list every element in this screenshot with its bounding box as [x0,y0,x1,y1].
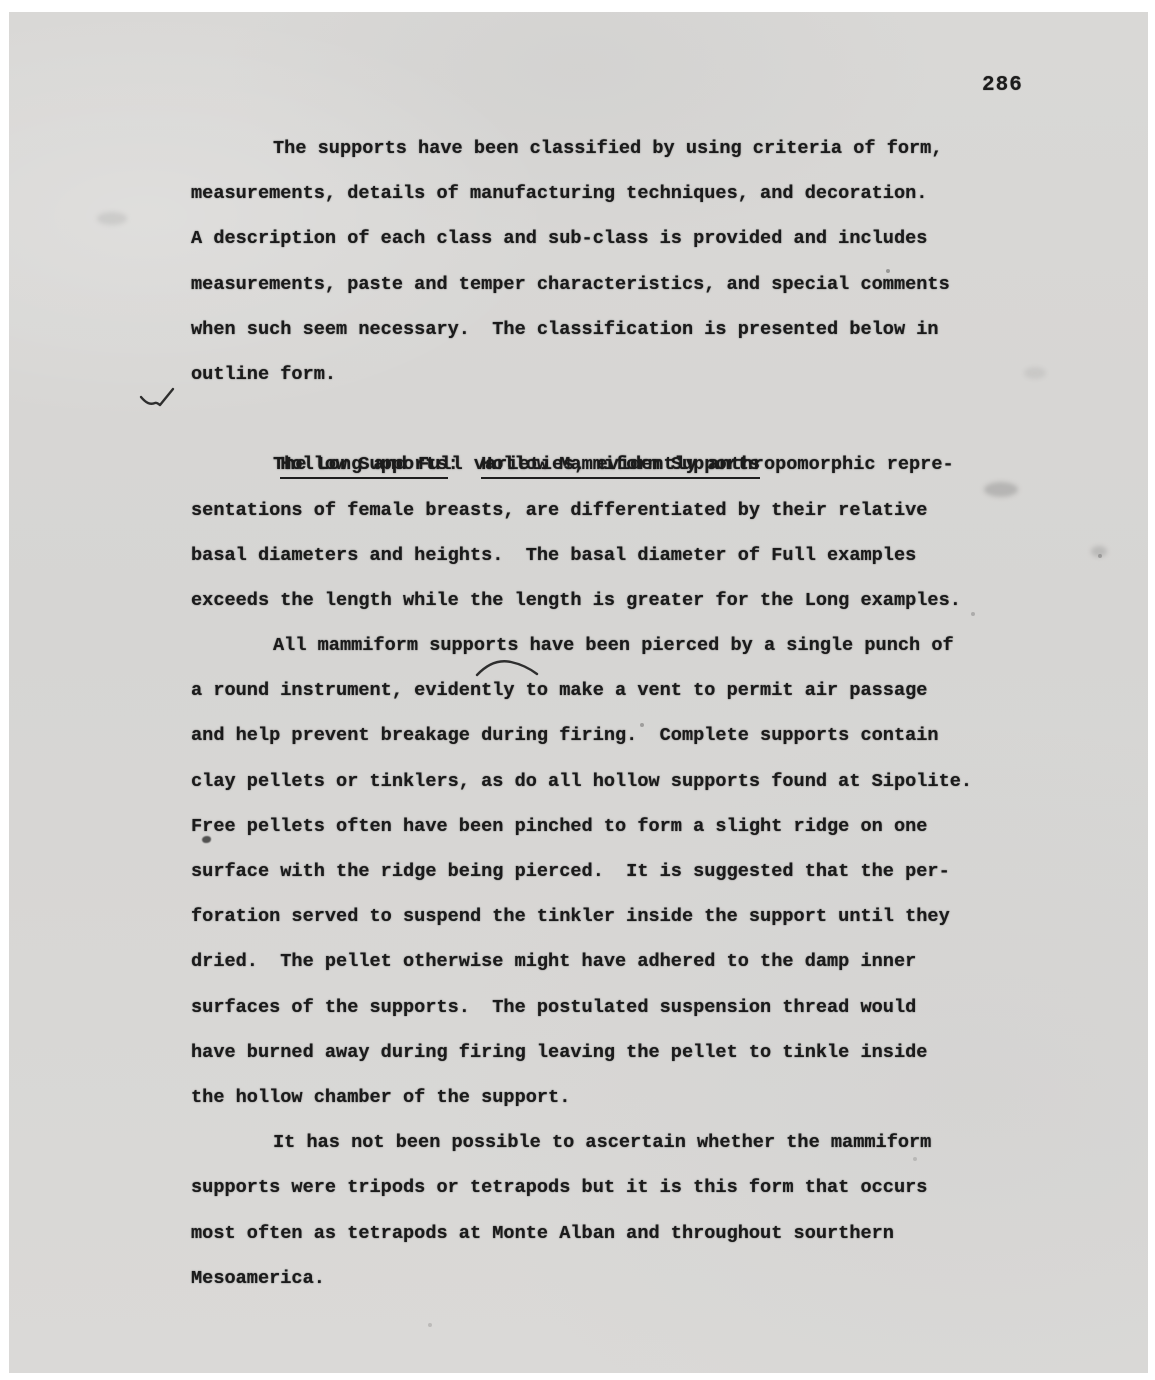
scanned-page: 286 The supports have been classified by… [9,12,1148,1373]
handwritten-check-mark-icon [139,382,183,412]
scan-speckles [9,12,11,14]
text-line: The Long and Full varieties, evidently a… [191,442,1021,487]
handwritten-arc-icon [475,656,541,680]
text-line: Mesoamerica. [191,1256,1021,1301]
text-line: most often as tetrapods at Monte Alban a… [191,1211,1021,1256]
text-line: All mammiform supports have been pierced… [191,623,1021,668]
text-line: surface with the ridge being pierced. It… [191,849,1021,894]
text-line: dried. The pellet otherwise might have a… [191,939,1021,984]
text-block: The supports have been classified by usi… [191,126,1021,1301]
scan-smudge [984,482,1018,497]
text-line: Free pellets often have been pinched to … [191,804,1021,849]
text-line: sentations of female breasts, are differ… [191,488,1021,533]
text-line: foration served to suspend the tinkler i… [191,894,1021,939]
scan-smudge [1091,546,1107,557]
text-line: measurements, details of manufacturing t… [191,171,1021,216]
text-line: outline form. [191,352,1021,397]
section-heading: Hollow Supports: Hollow Mammiform Suppor… [191,397,1021,442]
text-line: and help prevent breakage during firing.… [191,713,1021,758]
text-line: A description of each class and sub-clas… [191,216,1021,261]
ink-spot [202,836,211,843]
text-line: The supports have been classified by usi… [191,126,1021,171]
text-line: have burned away during firing leaving t… [191,1030,1021,1075]
text-line: exceeds the length while the length is g… [191,578,1021,623]
text-line: It has not been possible to ascertain wh… [191,1120,1021,1165]
scan-frame: 286 The supports have been classified by… [0,0,1155,1380]
text-line: basal diameters and heights. The basal d… [191,533,1021,578]
text-line: supports were tripods or tetrapods but i… [191,1165,1021,1210]
page-number: 286 [982,74,1023,97]
text-line: a round instrument, evidently to make a … [191,668,1021,713]
text-line: the hollow chamber of the support. [191,1075,1021,1120]
text-line: clay pellets or tinklers, as do all holl… [191,759,1021,804]
scan-smudge [97,212,127,225]
text-line: measurements, paste and temper character… [191,262,1021,307]
text-line: when such seem necessary. The classifica… [191,307,1021,352]
scan-smudge [1024,367,1046,379]
text-line: surfaces of the supports. The postulated… [191,985,1021,1030]
